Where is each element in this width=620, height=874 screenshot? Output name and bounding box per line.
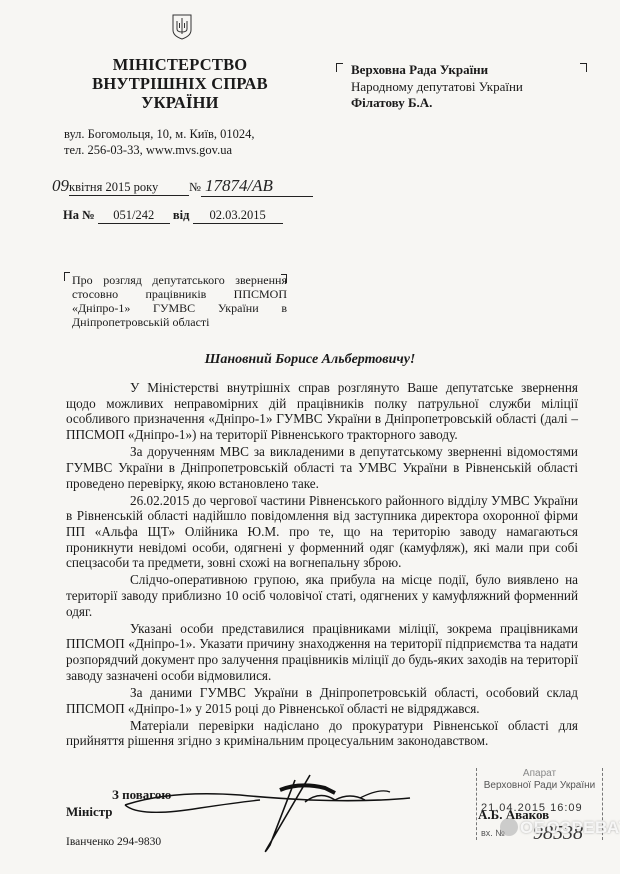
signature-icon xyxy=(110,760,470,860)
paragraph: Указані особи представилися працівниками… xyxy=(66,621,578,684)
outgoing-day: 09 xyxy=(52,176,69,195)
stamp-line-2: Верховної Ради України xyxy=(477,780,602,791)
paragraph: За даними ГУМВС України в Дніпропетровсь… xyxy=(66,685,578,716)
subject-line: Про розгляд депутатського звернення стос… xyxy=(72,273,287,329)
closing: З повагою xyxy=(112,787,171,803)
addressee-line-3: Філатову Б.А. xyxy=(351,95,523,112)
paragraph: Слідчо-оперативною групою, яка прибула н… xyxy=(66,572,578,619)
subject-bracket-left xyxy=(64,272,70,281)
letter-body: У Міністерстві внутрішніх справ розгляну… xyxy=(66,380,578,750)
addressee-line-2: Народному депутатові України xyxy=(351,79,523,96)
executor: Іванченко 294-9830 xyxy=(66,836,161,848)
outgoing-number-value: 17874/АВ xyxy=(201,176,313,197)
ministry-name: МІНІСТЕРСТВО ВНУТРІШНІХ СПРАВ УКРАЇНИ xyxy=(60,55,300,112)
watermark-logo-icon xyxy=(500,818,518,836)
signer-position: Міністр xyxy=(66,804,113,820)
reference-date: 02.03.2015 xyxy=(193,208,283,224)
reference-number: На № 051/242 від 02.03.2015 xyxy=(63,208,283,224)
paragraph: 26.02.2015 до чергової частини Рівненськ… xyxy=(66,493,578,572)
outgoing-number: 09квітня 2015 року№17874/АВ xyxy=(52,176,313,197)
addressee-line-1: Верховна Рада України xyxy=(351,62,523,79)
outgoing-month-year: квітня 2015 року xyxy=(69,180,189,196)
ministry-address: вул. Богомольця, 10, м. Київ, 01024, тел… xyxy=(64,126,254,158)
ministry-line-2: ВНУТРІШНІХ СПРАВ xyxy=(60,74,300,93)
paragraph: У Міністерстві внутрішніх справ розгляну… xyxy=(66,380,578,443)
paragraph: За дорученням МВС за викладеними в депут… xyxy=(66,444,578,491)
outgoing-no-label: № xyxy=(189,180,201,194)
reference-label: На № xyxy=(63,208,95,222)
address-line-1: вул. Богомольця, 10, м. Київ, 01024, xyxy=(64,126,254,142)
ministry-line-3: УКРАЇНИ xyxy=(60,93,300,112)
paragraph: Матеріали перевірки надіслано до прокура… xyxy=(66,718,578,749)
greeting: Шановний Борисе Альбертовичу! xyxy=(0,352,620,368)
ministry-line-1: МІНІСТЕРСТВО xyxy=(60,55,300,74)
addressee-block: Верховна Рада України Народному депутато… xyxy=(351,62,523,112)
address-line-2: тел. 256-03-33, www.mvs.gov.ua xyxy=(64,142,254,158)
stamp-line-1: Апарат xyxy=(477,768,602,779)
reference-number-value: 051/242 xyxy=(98,208,170,224)
reference-from-label: від xyxy=(173,208,190,222)
watermark: ОБОЗРЕВАТЕЛЬ xyxy=(520,818,620,838)
addressee-bracket-right xyxy=(580,63,587,72)
addressee-bracket-left xyxy=(336,63,343,72)
coat-of-arms-icon xyxy=(172,14,192,40)
